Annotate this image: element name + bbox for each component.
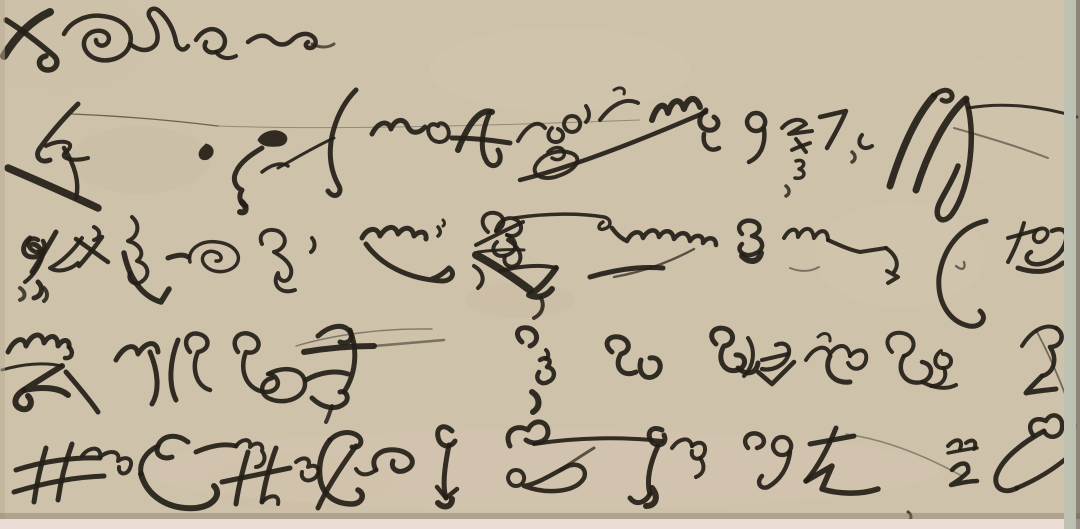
calligraphy-canvas <box>0 0 1080 529</box>
ink-stroke <box>168 255 188 258</box>
right-scan-band <box>1064 0 1076 529</box>
paper-stain <box>430 28 690 112</box>
right-scan-edge <box>1076 0 1080 529</box>
bottom-scan-band <box>0 519 1080 529</box>
bottom-shadow-line <box>0 513 1080 520</box>
paper-stain <box>815 203 985 307</box>
ink-stroke <box>443 220 445 226</box>
left-scan-edge <box>0 0 5 529</box>
manuscript-photo <box>0 0 1080 529</box>
paper-stain <box>70 126 210 194</box>
